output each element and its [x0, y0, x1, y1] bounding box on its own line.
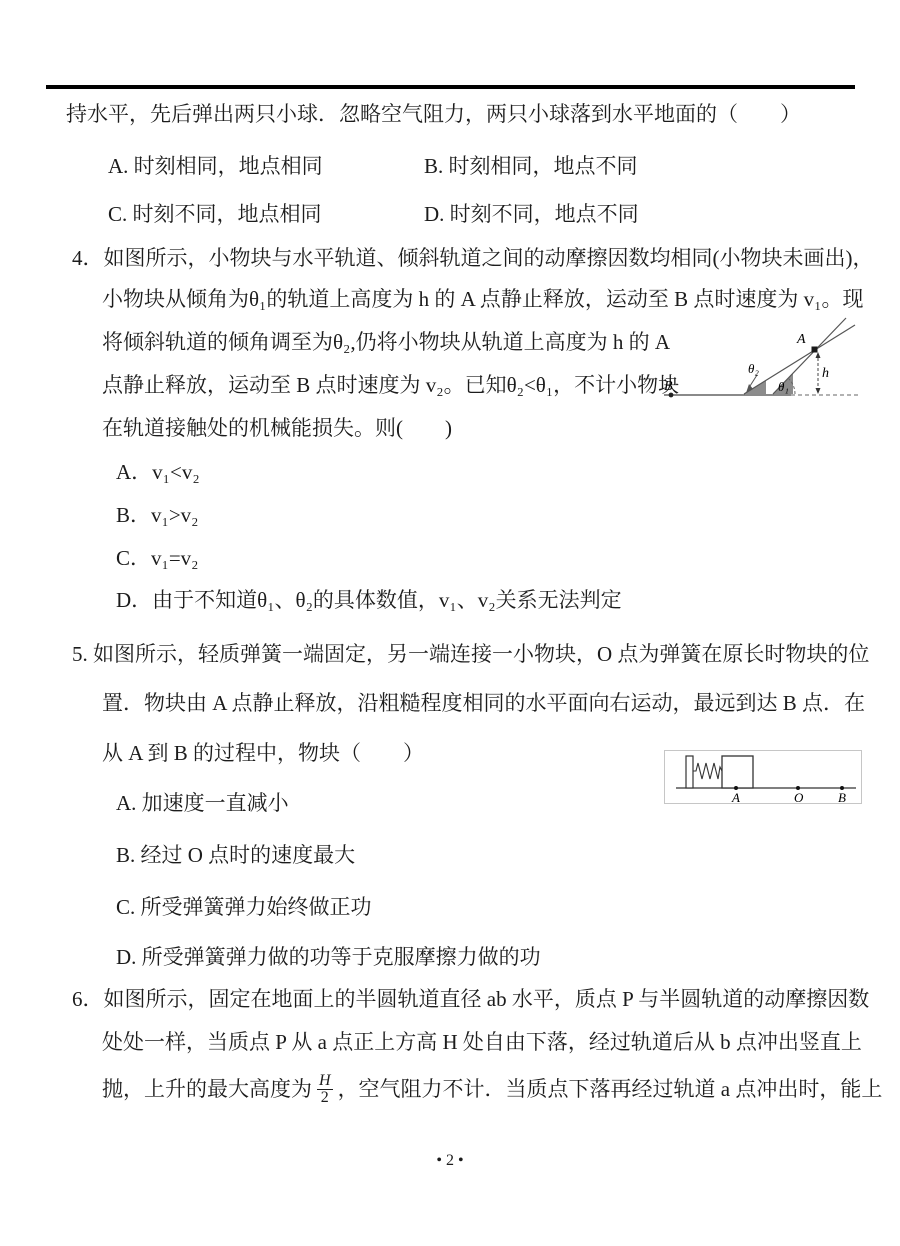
q4-option-a: A．v₁<v₂: [116, 461, 200, 484]
page-number: • 2 •: [0, 1152, 900, 1170]
label-theta2: θ₂: [748, 361, 759, 376]
q3-option-a: A. 时刻相同，地点相同: [108, 155, 323, 178]
q5-line-1: 5. 如图所示，轻质弹簧一端固定，另一端连接一小物块，O 点为弹簧在原长时物块的…: [72, 643, 869, 666]
height-arrow-down: [816, 388, 821, 394]
label-a: A: [796, 332, 806, 347]
height-arrow-up: [816, 352, 821, 358]
q5-option-c: C. 所受弹簧弹力始终做正功: [116, 896, 372, 919]
block: [722, 756, 753, 788]
q4-line-2: 小物块从倾角为θ₁的轨道上高度为 h 的 A 点静止释放，运动至 B 点时速度为…: [102, 288, 863, 311]
q4-line-3: 将倾斜轨道的倾角调至为θ₂,仍将小物块从轨道上高度为 h 的 A: [102, 331, 670, 354]
q6-line-2: 处处一样，当质点 P 从 a 点正上方高 H 处自由下落，经过轨道后从 b 点冲…: [102, 1031, 862, 1054]
q3-option-d: D. 时刻不同，地点不同: [424, 203, 639, 226]
fraction-denominator: 2: [317, 1089, 333, 1106]
fraction-numerator: H: [315, 1073, 335, 1089]
label-theta1: θ₁: [778, 379, 789, 394]
q5-line-2: 置．物块由 A 点静止释放，沿粗糙程度相同的水平面向右运动，最远到达 B 点．在: [102, 692, 865, 715]
q6-line-1: 6．如图所示，固定在地面上的半圆轨道直径 ab 水平，质点 P 与半圆轨道的动摩…: [72, 988, 869, 1011]
fraction-h-over-2: H 2: [315, 1073, 335, 1106]
q5-option-b: B. 经过 O 点时的速度最大: [116, 844, 355, 867]
q6-line-3-post: ，空气阻力不计．当质点下落再经过轨道 a 点冲出时，能上: [338, 1078, 883, 1101]
q4-line-1: 4．如图所示，小物块与水平轨道、倾斜轨道之间的动摩擦因数均相同(小物块未画出)，: [72, 247, 873, 270]
q3-option-c: C. 时刻不同，地点相同: [108, 203, 322, 226]
spring-figure: A O B: [662, 746, 866, 808]
figure-border: [665, 751, 862, 804]
q4-option-b: B．v₁>v₂: [116, 504, 199, 527]
incline-figure: B A h θ₁ θ₂: [650, 312, 875, 404]
label-a: A: [731, 790, 740, 805]
spring-coil: [693, 763, 722, 779]
header-rule: [46, 85, 855, 89]
q5-line-3: 从 A 到 B 的过程中，物块（ ）: [102, 742, 424, 765]
label-o: O: [794, 790, 804, 805]
q4-option-d: D．由于不知道θ₁、θ₂的具体数值，v₁、v₂关系无法判定: [116, 589, 622, 612]
q6-line-3-pre: 抛，上升的最大高度为: [102, 1078, 312, 1101]
q3-option-b: B. 时刻相同，地点不同: [424, 155, 638, 178]
q5-option-d: D. 所受弹簧弹力做的功等于克服摩擦力做的功: [116, 946, 541, 969]
q4-line-5: 在轨道接触处的机械能损失。则( ): [102, 417, 452, 440]
q4-line-4: 点静止释放，运动至 B 点时速度为 v₂。已知θ₂<θ₁，不计小物块: [102, 374, 679, 397]
label-b: B: [838, 790, 846, 805]
q6-line-3: 抛，上升的最大高度为 H 2 ，空气阻力不计．当质点下落再经过轨道 a 点冲出时…: [102, 1066, 882, 1112]
theta2-arrow-line: [750, 375, 757, 386]
q4-option-c: C．v₁=v₂: [116, 547, 199, 570]
q5-option-a: A. 加速度一直减小: [116, 792, 289, 815]
wall: [686, 756, 693, 788]
point-a-marker: [812, 347, 818, 353]
label-h: h: [822, 366, 829, 381]
q3-stem: 持水平，先后弹出两只小球．忽略空气阻力，两只小球落到水平地面的（ ）: [66, 103, 801, 126]
label-b: B: [664, 379, 673, 394]
